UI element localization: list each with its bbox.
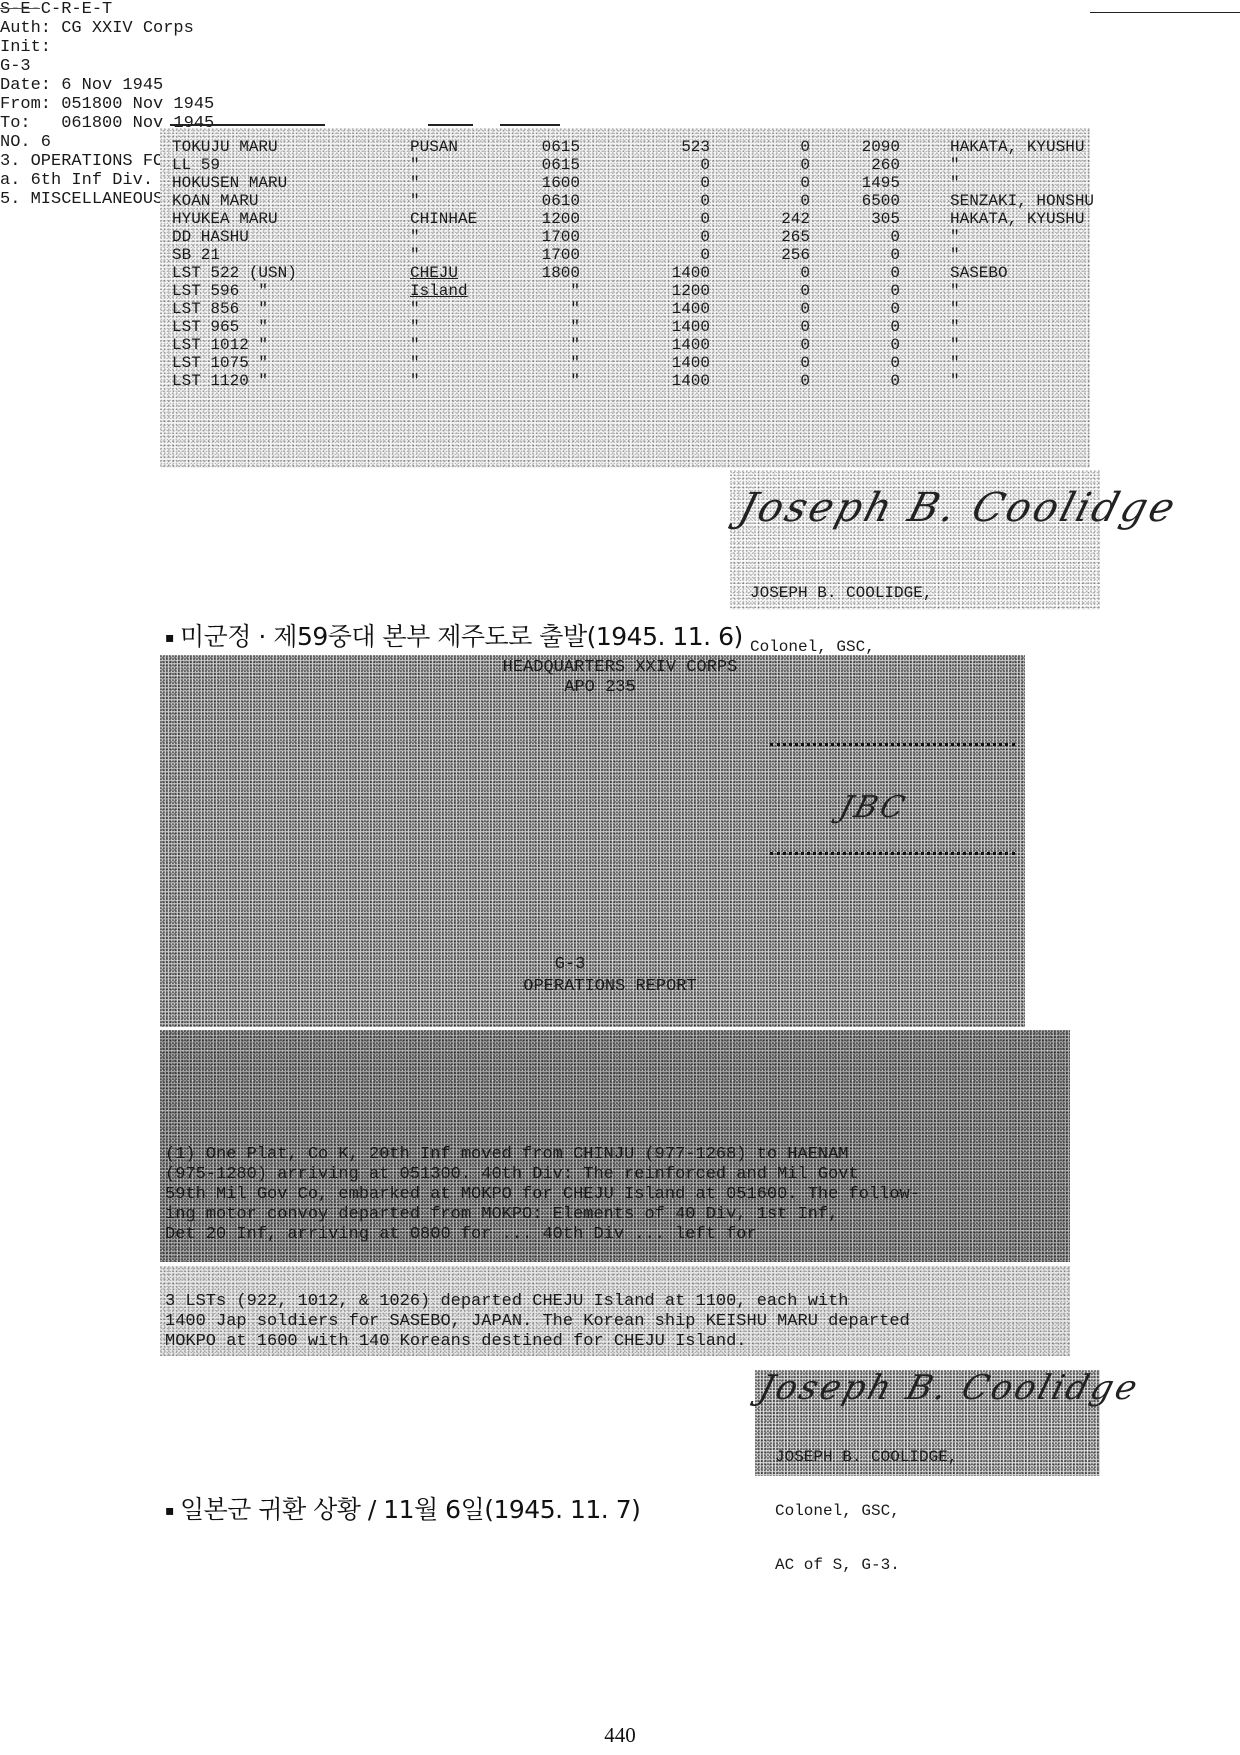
table-row: HOKUSEN MARU"1600001495" — [160, 174, 1080, 192]
signature-block-2: JOSEPH B. COOLIDGE, Colonel, GSC, AC of … — [775, 1412, 957, 1592]
count-cell: 0 — [750, 264, 810, 282]
count-cell: 6500 — [810, 192, 900, 210]
report-title: OPERATIONS REPORT — [480, 977, 740, 996]
port-cell: CHEJU — [410, 264, 458, 282]
handwritten-signature-2: Joseph B. Coolidge — [755, 1368, 1145, 1408]
destination-cell: " — [950, 228, 960, 246]
port-cell: Island — [410, 282, 468, 300]
ship-departure-table: TOKUJU MARUPUSAN061552302090HAKATA, KYUS… — [160, 138, 1080, 390]
misc-line: 3 LSTs (922, 1012, & 1026) departed CHEJ… — [165, 1292, 910, 1312]
port-cell: " — [410, 354, 420, 372]
count-cell: 0 — [810, 228, 900, 246]
vessel-cell: LL 59 — [172, 156, 220, 174]
misc-line: MOKPO at 1600 with 140 Koreans destined … — [165, 1332, 910, 1352]
destination-cell: SENZAKI, HONSHU — [950, 192, 1094, 210]
time-cell: 1800 — [505, 264, 580, 282]
count-cell: 523 — [630, 138, 710, 156]
signer-name: JOSEPH B. COOLIDGE, — [775, 1448, 957, 1466]
time-cell: " — [505, 372, 580, 390]
destination-cell: " — [950, 354, 960, 372]
ops-line: 59th Mil Gov Co, embarked at MOKPO for C… — [165, 1185, 920, 1205]
vessel-cell: KOAN MARU — [172, 192, 258, 210]
count-cell: 0 — [810, 246, 900, 264]
init-label: Init: — [0, 38, 1240, 57]
table-row: KOAN MARU"0610006500SENZAKI, HONSHU — [160, 192, 1080, 210]
time-cell: " — [505, 354, 580, 372]
destination-cell: " — [950, 282, 960, 300]
count-cell: 1400 — [630, 264, 710, 282]
vessel-cell: LST 522 (USN) — [172, 264, 297, 282]
ops-line: ing motor convoy departed from MOKPO: El… — [165, 1205, 920, 1225]
count-cell: 260 — [810, 156, 900, 174]
count-cell: 0 — [810, 282, 900, 300]
signer-rank: Colonel, GSC, — [750, 638, 932, 656]
apo-line: APO 235 — [540, 678, 660, 697]
count-cell: 2090 — [810, 138, 900, 156]
count-cell: 0 — [810, 372, 900, 390]
init-suffix: G-3 — [0, 57, 1240, 76]
misc-paragraph: 3 LSTs (922, 1012, & 1026) departed CHEJ… — [165, 1292, 910, 1352]
time-cell: " — [505, 300, 580, 318]
date-line: Date: 6 Nov 1945 — [0, 76, 1240, 95]
auth-line: Auth: CG XXIV Corps — [0, 19, 1240, 38]
table-rule — [500, 124, 560, 126]
destination-cell: " — [950, 246, 960, 264]
signer-office: AC of S, G-3. — [775, 1556, 957, 1574]
table-row: DD HASHU"170002650" — [160, 228, 1080, 246]
report-section: G-3 — [520, 955, 620, 974]
vessel-cell: LST 856 " — [172, 300, 268, 318]
count-cell: 1400 — [630, 336, 710, 354]
destination-cell: SASEBO — [950, 264, 1008, 282]
scan-edge-line — [0, 8, 40, 9]
table-rule — [170, 124, 325, 126]
count-cell: 1495 — [810, 174, 900, 192]
table-row: LST 522 (USN)CHEJU1800140000SASEBO — [160, 264, 1080, 282]
time-cell: " — [505, 282, 580, 300]
count-cell: 0 — [810, 354, 900, 372]
destination-cell: HAKATA, KYUSHU — [950, 210, 1084, 228]
bullet-icon: ▪ — [165, 630, 174, 646]
port-cell: " — [410, 156, 420, 174]
count-cell: 0 — [750, 336, 810, 354]
page-number: 440 — [0, 1723, 1240, 1748]
count-cell: 0 — [750, 354, 810, 372]
scan-edge-line — [1090, 12, 1240, 13]
caption-2: ▪일본군 귀환 상황 / 11월 6일(1945. 11. 7) — [165, 1490, 640, 1526]
port-cell: " — [410, 300, 420, 318]
destination-cell: " — [950, 300, 960, 318]
caption-2-text: 일본군 귀환 상황 / 11월 6일(1945. 11. 7) — [180, 1495, 640, 1524]
count-cell: 0 — [750, 300, 810, 318]
count-cell: 0 — [630, 174, 710, 192]
classification-border-bottom — [770, 852, 1015, 855]
table-row: LST 1075 """140000" — [160, 354, 1080, 372]
classification-border-top — [770, 743, 1015, 746]
count-cell: 305 — [810, 210, 900, 228]
ops-paragraph: (1) One Plat, Co K, 20th Inf moved from … — [165, 1145, 920, 1245]
count-cell: 1200 — [630, 282, 710, 300]
count-cell: 0 — [630, 192, 710, 210]
handwritten-signature: Joseph B. Coolidge — [734, 485, 1183, 531]
table-rule — [428, 124, 473, 126]
count-cell: 0 — [750, 318, 810, 336]
port-cell: " — [410, 228, 420, 246]
count-cell: 1400 — [630, 318, 710, 336]
table-row: LST 965 """140000" — [160, 318, 1080, 336]
destination-cell: HAKATA, KYUSHU — [950, 138, 1084, 156]
classification-stamp: S-E-C-R-E-T — [0, 0, 1240, 19]
hq-line: HEADQUARTERS XXIV CORPS — [440, 658, 800, 677]
time-cell: 1700 — [505, 246, 580, 264]
time-cell: 0615 — [505, 156, 580, 174]
count-cell: 0 — [810, 318, 900, 336]
time-cell: 1700 — [505, 228, 580, 246]
period-from: From: 051800 Nov 1945 — [0, 95, 1240, 114]
count-cell: 0 — [810, 300, 900, 318]
signer-name: JOSEPH B. COOLIDGE, — [750, 584, 932, 602]
count-cell: 1400 — [630, 354, 710, 372]
table-row: LST 596 "Island"120000" — [160, 282, 1080, 300]
vessel-cell: LST 596 " — [172, 282, 268, 300]
port-cell: " — [410, 336, 420, 354]
count-cell: 0 — [750, 192, 810, 210]
destination-cell: " — [950, 372, 960, 390]
vessel-cell: DD HASHU — [172, 228, 249, 246]
count-cell: 0 — [810, 336, 900, 354]
count-cell: 0 — [630, 228, 710, 246]
port-cell: " — [410, 192, 420, 210]
table-row: LL 59"061500260" — [160, 156, 1080, 174]
count-cell: 0 — [750, 372, 810, 390]
time-cell: " — [505, 336, 580, 354]
vessel-cell: LST 1075 " — [172, 354, 268, 372]
destination-cell: " — [950, 174, 960, 192]
handwritten-initials: JBC — [835, 790, 911, 825]
vessel-cell: TOKUJU MARU — [172, 138, 278, 156]
time-cell: " — [505, 318, 580, 336]
vessel-cell: LST 1120 " — [172, 372, 268, 390]
port-cell: " — [410, 174, 420, 192]
misc-line: 1400 Jap soldiers for SASEBO, JAPAN. The… — [165, 1312, 910, 1332]
caption-1: ▪미군정 · 제59중대 본부 제주도로 출발(1945. 11. 6) — [165, 617, 743, 653]
count-cell: 0 — [750, 282, 810, 300]
ops-line: (1) One Plat, Co K, 20th Inf moved from … — [165, 1145, 920, 1165]
count-cell: 265 — [750, 228, 810, 246]
count-cell: 242 — [750, 210, 810, 228]
bullet-icon: ▪ — [165, 1503, 174, 1519]
count-cell: 0 — [630, 210, 710, 228]
table-row: LST 856 """140000" — [160, 300, 1080, 318]
count-cell: 1400 — [630, 372, 710, 390]
destination-cell: " — [950, 336, 960, 354]
caption-1-text: 미군정 · 제59중대 본부 제주도로 출발(1945. 11. 6) — [180, 622, 743, 651]
port-cell: " — [410, 246, 420, 264]
signer-rank: Colonel, GSC, — [775, 1502, 957, 1520]
port-cell: CHINHAE — [410, 210, 477, 228]
port-cell: " — [410, 372, 420, 390]
time-cell: 0610 — [505, 192, 580, 210]
table-row: HYUKEA MARUCHINHAE12000242305HAKATA, KYU… — [160, 210, 1080, 228]
vessel-cell: HOKUSEN MARU — [172, 174, 287, 192]
destination-cell: " — [950, 318, 960, 336]
time-cell: 1600 — [505, 174, 580, 192]
table-row: SB 21"170002560" — [160, 246, 1080, 264]
vessel-cell: LST 965 " — [172, 318, 268, 336]
count-cell: 0 — [630, 156, 710, 174]
vessel-cell: LST 1012 " — [172, 336, 268, 354]
port-cell: PUSAN — [410, 138, 458, 156]
count-cell: 1400 — [630, 300, 710, 318]
table-row: LST 1120 """140000" — [160, 372, 1080, 390]
vessel-cell: SB 21 — [172, 246, 220, 264]
count-cell: 0 — [750, 138, 810, 156]
ops-line: Det 20 Inf, arriving at 0800 for ... 40t… — [165, 1225, 920, 1245]
table-row: TOKUJU MARUPUSAN061552302090HAKATA, KYUS… — [160, 138, 1080, 156]
count-cell: 0 — [750, 156, 810, 174]
vessel-cell: HYUKEA MARU — [172, 210, 278, 228]
destination-cell: " — [950, 156, 960, 174]
count-cell: 0 — [630, 246, 710, 264]
port-cell: " — [410, 318, 420, 336]
count-cell: 0 — [750, 174, 810, 192]
ops-line: (975-1280) arriving at 051300. 40th Div:… — [165, 1165, 920, 1185]
count-cell: 0 — [810, 264, 900, 282]
time-cell: 0615 — [505, 138, 580, 156]
count-cell: 256 — [750, 246, 810, 264]
time-cell: 1200 — [505, 210, 580, 228]
table-row: LST 1012 """140000" — [160, 336, 1080, 354]
